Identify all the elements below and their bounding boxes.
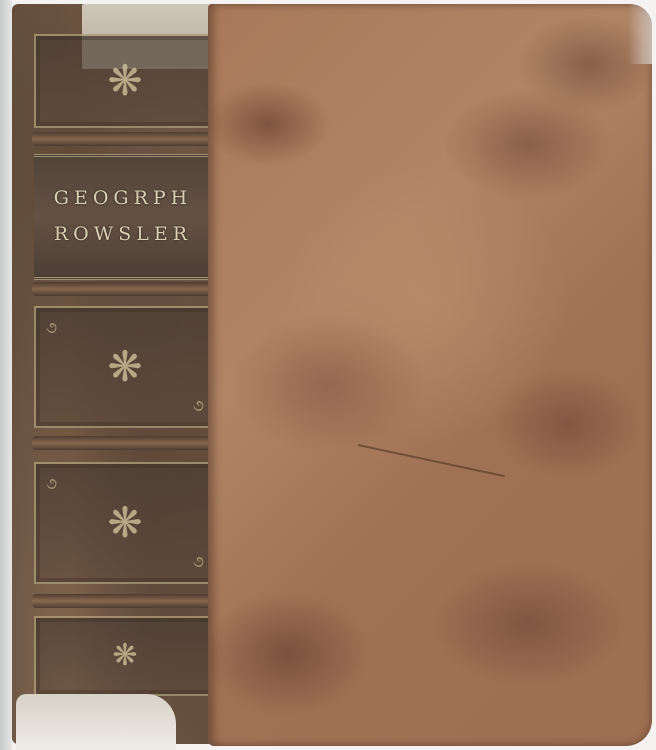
spine-title-label: GEOGRPH ROWSLER bbox=[34, 154, 212, 280]
spine-title-line-2: ROWSLER bbox=[34, 223, 212, 245]
scroll-ornament-icon: ૭ bbox=[193, 552, 204, 572]
scroll-ornament-icon: ૭ bbox=[193, 396, 204, 416]
spine-raised-band bbox=[32, 282, 212, 296]
spine-panel-ornament: ૭ ❋ ૭ bbox=[34, 462, 216, 584]
floral-ornament-icon: ❋ bbox=[112, 641, 137, 671]
corner-wear bbox=[628, 4, 652, 64]
book-front-cover bbox=[208, 4, 652, 746]
scroll-ornament-icon: ૭ bbox=[46, 474, 57, 494]
scroll-ornament-icon: ૭ bbox=[46, 318, 57, 338]
spine-bottom-damage bbox=[16, 694, 176, 750]
floral-ornament-icon: ❋ bbox=[107, 502, 142, 544]
photo-background: ❋ GEOGRPH ROWSLER ૭ ❋ ૭ ૭ ❋ ૭ ❋ bbox=[0, 0, 656, 750]
scan-edge bbox=[0, 0, 12, 750]
spine-raised-band bbox=[32, 132, 212, 146]
spine-panel-ornament: ૭ ❋ ૭ bbox=[34, 306, 216, 428]
spine-raised-band bbox=[32, 594, 212, 608]
leather-crack bbox=[358, 444, 505, 477]
book-spine: ❋ GEOGRPH ROWSLER ૭ ❋ ૭ ૭ ❋ ૭ ❋ bbox=[12, 4, 212, 744]
spine-panel-top: ❋ bbox=[34, 34, 216, 128]
floral-ornament-icon: ❋ bbox=[107, 346, 142, 388]
spine-title-line-1: GEOGRPH bbox=[34, 187, 212, 209]
spine-panel-bottom: ❋ bbox=[34, 616, 216, 696]
floral-ornament-icon: ❋ bbox=[107, 60, 142, 102]
spine-raised-band bbox=[32, 436, 212, 450]
